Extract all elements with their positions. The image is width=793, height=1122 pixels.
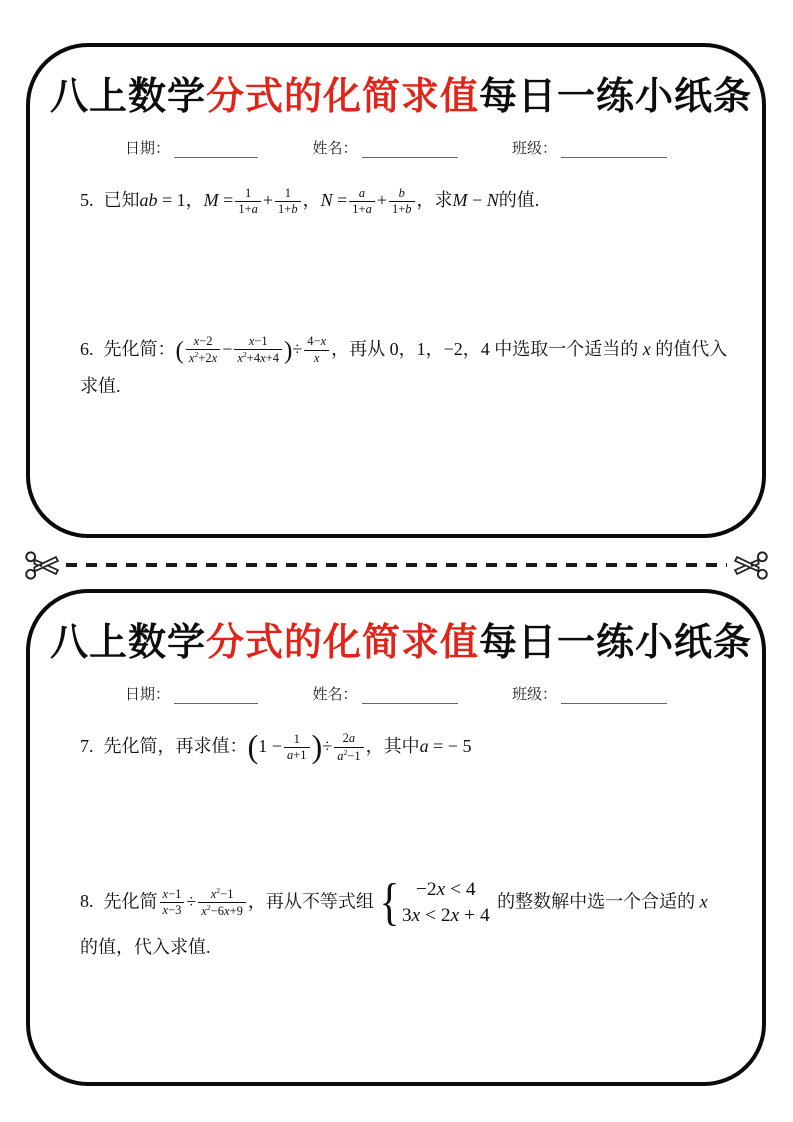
fraction-numerator: x−2 <box>186 334 220 351</box>
fraction: x2−1x2−6x+9 <box>198 886 246 921</box>
class-label: 班级： <box>512 683 557 704</box>
math-run: 0 <box>390 339 399 359</box>
name-label: 姓名： <box>312 137 357 158</box>
slip-title: 八上数学分式的化简求值每日一练小纸条 <box>50 623 742 665</box>
title-text-red: 分式的化简求值 <box>206 622 479 664</box>
problem-5: 5.已知ab = 1，M =11+a+11+b，N =a1+a+b1+b，求M … <box>80 182 728 219</box>
fraction-denominator: x2+2x <box>186 350 220 367</box>
fraction-numerator: x−1 <box>234 334 282 351</box>
text-run: 的值，代入求值. <box>80 937 211 957</box>
fraction-denominator: 1+b <box>275 202 301 218</box>
name-field: 姓名： <box>312 137 457 158</box>
fraction: 11+a <box>235 186 261 218</box>
fraction-denominator: x2−6x+9 <box>198 903 246 920</box>
class-blank <box>561 688 667 704</box>
class-field: 班级： <box>512 137 667 158</box>
fraction-denominator: x−3 <box>160 903 185 919</box>
fraction-denominator: x2+4x+4 <box>234 350 282 367</box>
text-run: ，再从不等式组 <box>248 891 374 911</box>
meta-row: 日期： 姓名： 班级： <box>125 137 667 158</box>
fraction-denominator: a+1 <box>284 748 310 764</box>
fraction-numerator: x2−1 <box>198 886 246 904</box>
fraction: 4−xx <box>304 334 329 366</box>
fraction-numerator: a <box>349 186 375 203</box>
fraction-numerator: 1 <box>284 732 310 749</box>
text-run: 的值. <box>499 190 540 210</box>
left-brace: { <box>379 881 399 925</box>
text-run: 先化简： <box>104 339 176 359</box>
text-run: ， <box>303 190 321 210</box>
inequality-line: −2x < 4 <box>416 877 476 903</box>
scissors-icon-left <box>24 550 61 581</box>
title-text-black-left: 八上数学 <box>50 622 206 664</box>
text-run: 先化简，再求值： <box>104 736 248 756</box>
class-label: 班级： <box>512 137 557 158</box>
math-run: ab = 1 <box>140 190 186 210</box>
math-run: a = − 5 <box>420 736 472 756</box>
math-run: 1 − <box>258 736 282 756</box>
fraction-denominator: a2−1 <box>334 748 363 765</box>
fraction-numerator: 1 <box>235 186 261 203</box>
math-run: ÷ <box>186 891 196 911</box>
fraction-numerator: b <box>389 186 415 203</box>
text-run: ， <box>426 339 444 359</box>
problem-number: 8. <box>80 891 94 911</box>
problems-container-bottom: 7.先化简，再求值：(1 −1a+1)÷2aa2−1，其中a = − 58.先化… <box>80 728 728 966</box>
math-run: 4 <box>481 339 490 359</box>
title-text-black-right: 每日一练小纸条 <box>479 76 752 118</box>
math-run: + <box>263 190 273 210</box>
name-field: 姓名： <box>312 683 457 704</box>
text-run: ，其中 <box>366 736 420 756</box>
date-label: 日期： <box>125 137 170 158</box>
cut-line <box>24 547 769 583</box>
fraction-denominator: 1+a <box>349 202 375 218</box>
fraction-denominator: 1+a <box>235 202 261 218</box>
fraction-numerator: 1 <box>275 186 301 203</box>
title-text-black-left: 八上数学 <box>50 76 206 118</box>
math-run: x <box>700 891 708 911</box>
class-blank <box>561 142 667 158</box>
fraction-numerator: 2a <box>334 731 363 748</box>
date-field: 日期： <box>125 137 258 158</box>
fraction: x−2x2+2x <box>186 334 220 367</box>
slip-title: 八上数学分式的化简求值每日一练小纸条 <box>50 77 742 119</box>
text-run: 先化简 <box>104 891 158 911</box>
scissors-icon-right <box>732 550 769 581</box>
text-run: ，求 <box>417 190 453 210</box>
text-run: 已知 <box>104 190 140 210</box>
meta-row: 日期： 姓名： 班级： <box>125 683 667 704</box>
fraction-denominator: x <box>304 351 329 367</box>
problem-7: 7.先化简，再求值：(1 −1a+1)÷2aa2−1，其中a = − 5 <box>80 728 728 765</box>
problems-container-top: 5.已知ab = 1，M =11+a+11+b，N =a1+a+b1+b，求M … <box>80 182 728 405</box>
math-run: − <box>222 339 232 359</box>
fraction-numerator: x−1 <box>160 887 185 904</box>
math-run: N = <box>321 190 348 210</box>
math-run: + <box>377 190 387 210</box>
date-label: 日期： <box>125 683 170 704</box>
problem-6: 6.先化简：(x−2x2+2x−x−1x2+4x+4)÷4−xx，再从 0，1，… <box>80 331 728 405</box>
text-run: 中选取一个适当的 <box>490 339 643 359</box>
title-text-red: 分式的化简求值 <box>206 76 479 118</box>
math-run: M − N <box>453 190 499 210</box>
inequality-line: 3x < 2x + 4 <box>402 903 490 929</box>
class-field: 班级： <box>512 683 667 704</box>
problem-8: 8.先化简x−1x−3÷x2−1x2−6x+9，再从不等式组{−2x < 43x… <box>80 877 728 966</box>
text-run: 的整数解中选一个合适的 <box>493 891 700 911</box>
big-paren: ) <box>312 729 323 765</box>
name-blank <box>362 142 458 158</box>
problem-number: 7. <box>80 736 94 756</box>
inequality-system: {−2x < 43x < 2x + 4 <box>377 877 490 929</box>
big-paren: ( <box>176 337 184 364</box>
inequality-lines: −2x < 43x < 2x + 4 <box>402 877 490 929</box>
fraction-denominator: 1+b <box>389 202 415 218</box>
text-run: ， <box>186 190 204 210</box>
math-run: 1 <box>417 339 426 359</box>
math-run: ÷ <box>322 736 332 756</box>
math-run: ÷ <box>292 339 302 359</box>
text-run: ，再从 <box>331 339 390 359</box>
slip-bottom: 八上数学分式的化简求值每日一练小纸条 日期： 姓名： 班级： 7.先化简，再求值… <box>26 589 766 1086</box>
date-blank <box>174 688 258 704</box>
date-field: 日期： <box>125 683 258 704</box>
big-paren: ( <box>248 729 259 765</box>
fraction: x−1x−3 <box>160 887 185 919</box>
math-run: x <box>643 339 651 359</box>
math-run: M = <box>204 190 234 210</box>
text-run: ， <box>463 339 481 359</box>
text-run: ， <box>399 339 417 359</box>
problem-number: 5. <box>80 190 94 210</box>
problem-number: 6. <box>80 339 94 359</box>
fraction: 1a+1 <box>284 732 310 764</box>
fraction: 11+b <box>275 186 301 218</box>
fraction-numerator: 4−x <box>304 334 329 351</box>
slip-top: 八上数学分式的化简求值每日一练小纸条 日期： 姓名： 班级： 5.已知ab = … <box>26 43 766 538</box>
dashed-cut-line <box>66 563 727 567</box>
fraction: b1+b <box>389 186 415 218</box>
math-run: −2 <box>444 339 463 359</box>
name-label: 姓名： <box>312 683 357 704</box>
fraction: 2aa2−1 <box>334 731 363 764</box>
title-text-black-right: 每日一练小纸条 <box>479 622 752 664</box>
fraction: x−1x2+4x+4 <box>234 334 282 367</box>
fraction: a1+a <box>349 186 375 218</box>
date-blank <box>174 142 258 158</box>
name-blank <box>362 688 458 704</box>
